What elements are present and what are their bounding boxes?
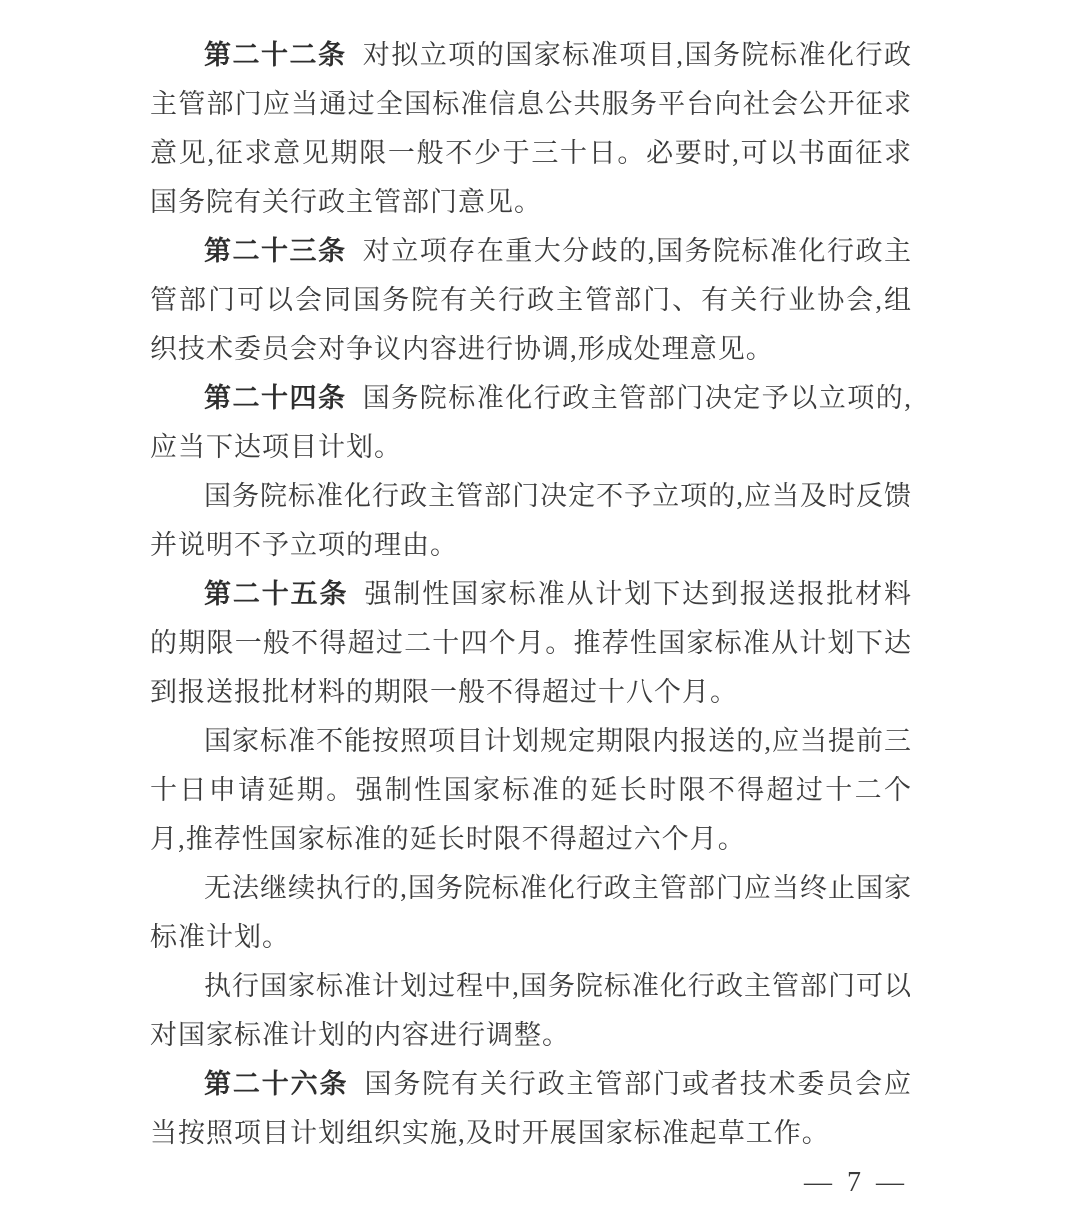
page-number: — 7 — <box>804 1163 908 1203</box>
document-page: 第二十二条对拟立项的国家标准项目,国务院标准化行政主管部门应当通过全国标准信息公… <box>0 0 1080 1208</box>
article-24-number: 第二十四条 <box>204 383 347 413</box>
article-25-text-3: 无法继续执行的,国务院标准化行政主管部门应当终止国家标准计划。 <box>150 873 912 952</box>
document-body: 第二十二条对拟立项的国家标准项目,国务院标准化行政主管部门应当通过全国标准信息公… <box>150 31 912 1158</box>
article-25-text-2: 国家标准不能按照项目计划规定期限内报送的,应当提前三十日申请延期。强制性国家标准… <box>150 726 912 854</box>
article-25-paragraph-4: 执行国家标准计划过程中,国务院标准化行政主管部门可以对国家标准计划的内容进行调整… <box>150 962 912 1060</box>
article-23-paragraph: 第二十三条对立项存在重大分歧的,国务院标准化行政主管部门可以会同国务院有关行政主… <box>150 227 912 374</box>
article-24-paragraph: 第二十四条国务院标准化行政主管部门决定予以立项的,应当下达项目计划。 <box>150 374 912 472</box>
article-25-paragraph-2: 国家标准不能按照项目计划规定期限内报送的,应当提前三十日申请延期。强制性国家标准… <box>150 717 912 864</box>
article-26-paragraph: 第二十六条国务院有关行政主管部门或者技术委员会应当按照项目计划组织实施,及时开展… <box>150 1060 912 1158</box>
article-25-text-4: 执行国家标准计划过程中,国务院标准化行政主管部门可以对国家标准计划的内容进行调整… <box>150 971 912 1050</box>
article-25-paragraph: 第二十五条强制性国家标准从计划下达到报送报批材料的期限一般不得超过二十四个月。推… <box>150 570 912 717</box>
article-24-text-2: 国务院标准化行政主管部门决定不予立项的,应当及时反馈并说明不予立项的理由。 <box>150 481 912 560</box>
article-24-paragraph-2: 国务院标准化行政主管部门决定不予立项的,应当及时反馈并说明不予立项的理由。 <box>150 472 912 570</box>
article-26-number: 第二十六条 <box>204 1069 348 1099</box>
article-25-number: 第二十五条 <box>204 579 348 609</box>
article-25-paragraph-3: 无法继续执行的,国务院标准化行政主管部门应当终止国家标准计划。 <box>150 864 912 962</box>
article-22-paragraph: 第二十二条对拟立项的国家标准项目,国务院标准化行政主管部门应当通过全国标准信息公… <box>150 31 912 227</box>
article-22-number: 第二十二条 <box>204 40 347 70</box>
article-23-number: 第二十三条 <box>204 236 347 266</box>
